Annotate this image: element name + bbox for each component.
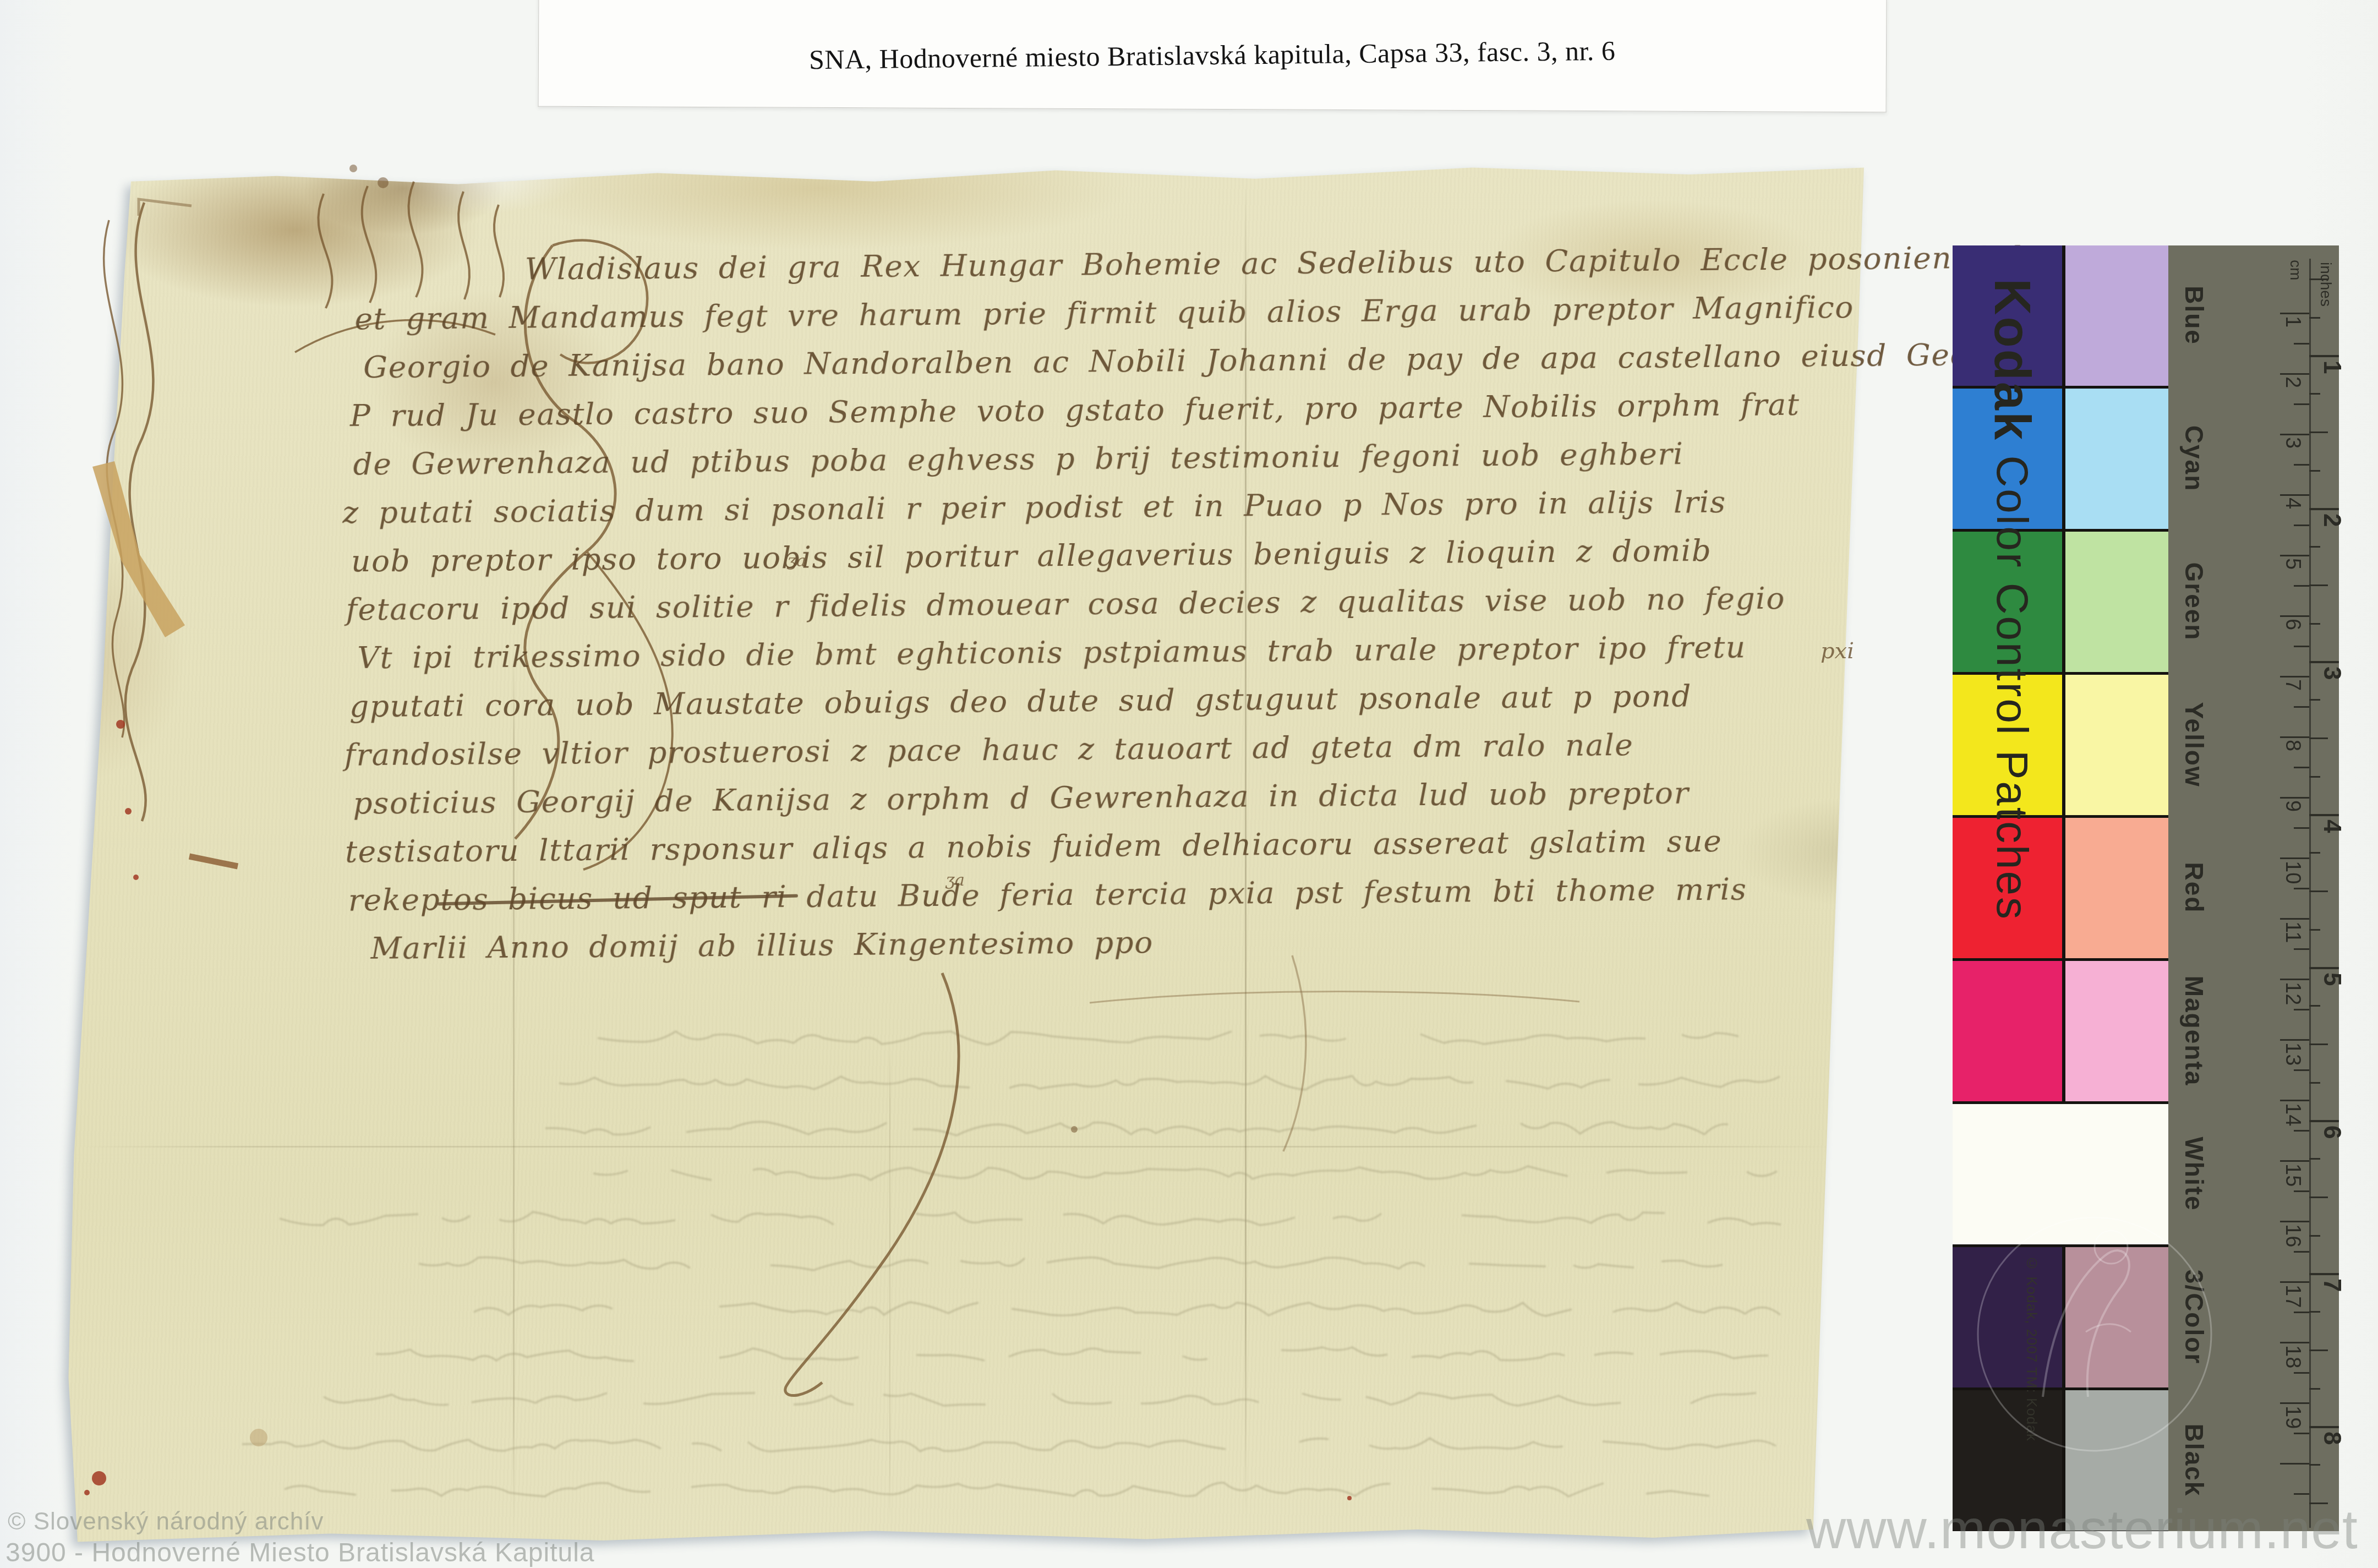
ruler-tick [2280,1100,2309,1101]
ruler-tick [2309,699,2320,701]
ruler-number: 1 [2318,360,2346,374]
ruler-number: 1 [2281,316,2304,327]
ruler-tick [2309,1464,2320,1466]
ruler-tick [2309,317,2320,319]
ruler-tick [2309,431,2328,433]
color-patch-white [1953,1104,2168,1244]
ruler-number: 4 [2281,498,2304,509]
ruler-tick [2294,1069,2309,1071]
color-patch-red [2065,818,2168,958]
ruler-tick [2294,525,2309,526]
ruler-number: 14 [2281,1103,2304,1126]
color-row-label: Green [2179,562,2209,641]
ruler-tick [2309,737,2328,739]
archive-copyright: © Slovenský národný archív [8,1508,324,1536]
ruler-tick [2294,1009,2309,1010]
ruler-tick [2294,1372,2309,1374]
ruler-tick [2280,1039,2309,1041]
ruler-tick [2309,661,2339,663]
ruler-tick [2294,585,2309,587]
ruler-tick [2280,1342,2309,1343]
ruler-tick [2309,814,2339,816]
ruler-number: 5 [2281,558,2304,570]
color-row-label: Cyan [2179,425,2209,491]
ruler-tick [2309,278,2328,280]
ruler-number: 16 [2281,1224,2304,1247]
color-patch-3-color [2065,1247,2168,1387]
ruler-tick [2294,1493,2309,1495]
color-row-label: White [2179,1137,2209,1211]
ruler-number: 12 [2281,982,2304,1005]
ruler-tick [2294,646,2309,647]
ruler-tick [2309,355,2339,357]
marginal-note: pxi [1821,638,1854,664]
manuscript-line: Marlii Anno domij ab illius Kingentesimo… [370,925,1154,966]
ruler-inches-label: inches [2317,262,2335,307]
ruler-number: 2 [2281,376,2304,388]
ruler-tick [2280,1281,2309,1283]
ruler-tick [2309,546,2320,548]
ruler-tick [2309,470,2320,472]
ruler-number: 6 [2318,1126,2346,1139]
vertical-fold-crease [889,1041,890,1526]
ruler-tick [2294,706,2309,708]
ruler-tick [2294,1312,2309,1313]
ruler-tick [2280,918,2309,920]
kodak-copyright: © Kodak, 2007 TM: Kodak [2023,1255,2040,1441]
ruler-number: 19 [2281,1406,2304,1429]
site-watermark: www.monasterium.net [1806,1498,2358,1561]
ruler-tick [2309,508,2339,510]
ruler-number: 18 [2281,1345,2304,1368]
ruler-number: 15 [2281,1163,2304,1187]
color-row-label: Magenta [2179,976,2209,1086]
ruler-tick [2309,1350,2328,1351]
ruler-tick [2280,494,2309,496]
ruler-number: 7 [2318,1279,2346,1292]
ruler-tick [2309,967,2339,969]
ruler-number: 8 [2318,1432,2346,1445]
scan-background: { "header_label": { "text": "SNA, Hodnov… [0,0,2378,1568]
ruler-tick [2280,615,2309,617]
ruler-tick [2309,776,2320,778]
ruler-tick [2294,767,2309,768]
color-patch-yellow [2065,675,2168,815]
ruler-number: 6 [2281,619,2304,630]
ruler-tick [2280,1463,2309,1465]
ruler-tick [2309,1311,2320,1313]
ruler-tick [2309,1082,2320,1084]
ruler-tick [2309,1388,2320,1390]
ruler-tick [2294,1130,2309,1132]
ruler-number: 7 [2281,679,2304,691]
horizontal-fold-crease [81,1146,1832,1148]
color-row-label: Red [2179,862,2209,914]
kodak-color-control-bar: BlueCyanGreenYellowRedMagentaWhite3/Colo… [1953,245,2339,1531]
ruler-tick [2280,373,2309,375]
ruler-number: 4 [2318,819,2346,833]
color-row-label: 3/Color [2179,1270,2209,1364]
ruler-number: 2 [2318,513,2346,527]
color-patch-3-color [1953,1247,2062,1387]
ruler-tick [2280,1160,2309,1162]
ruler-tick [2294,464,2309,466]
interlinear-insertion: ʒa [787,551,806,571]
ruler-baseline [2309,259,2311,1528]
ruler-number: 11 [2281,921,2304,943]
archive-label-text: SNA, Hodnoverné miesto Bratislavská kapi… [809,35,1616,76]
ruler-tick [2294,948,2309,950]
ruler-tick [2309,1158,2320,1160]
color-row-label: Blue [2179,286,2209,345]
ruler-tick [2280,1221,2309,1222]
ruler-tick [2280,555,2309,556]
ruler-tick [2280,313,2309,314]
ruler-tick [2294,1251,2309,1253]
color-row-label: Black [2179,1424,2209,1497]
ruler-tick [2294,403,2309,405]
ruler-tick [2309,890,2328,892]
ruler-tick [2309,1273,2339,1275]
color-patch-green [2065,532,2168,672]
ruler-number: 9 [2281,800,2304,812]
ruler-tick [2280,434,2309,435]
ruler-tick [2280,676,2309,678]
ruler-tick [2280,797,2309,799]
ruler-number: 10 [2281,861,2304,884]
color-row-label: Yellow [2179,702,2209,787]
ruler-number: 5 [2318,973,2346,986]
ruler-tick [2309,623,2320,625]
ruler-tick [2280,979,2309,980]
ruler-tick [2309,1197,2328,1198]
fond-title: 3900 - Hodnoverné Miesto Bratislavská Ka… [6,1538,595,1568]
ruler-tick [2294,888,2309,889]
ruler-tick [2309,929,2320,931]
ruler-tick [2294,827,2309,829]
color-patch-magenta [1953,961,2062,1101]
ruler-tick [2309,584,2328,586]
kodak-brand: Kodak [1984,278,2040,441]
kodak-title: Kodak Color Control Patches [1987,278,2037,921]
vertical-fold-crease [513,651,515,1531]
archive-label-strip: SNA, Hodnoverné miesto Bratislavská kapi… [538,0,1887,112]
ruler-tick [2294,1433,2309,1434]
ruler-tick [2309,393,2320,395]
color-patch-magenta [2065,961,2168,1101]
ruler-tick [2309,1120,2339,1122]
ruler-number: 3 [2318,666,2346,680]
ruler-tick [2309,1005,2320,1007]
ruler-tick [2280,857,2309,859]
ruler-number: 13 [2281,1042,2304,1066]
ruler-tick [2280,736,2309,738]
ruler-tick [2309,1426,2339,1428]
color-patch-blue [2065,245,2168,386]
interlinear-insertion: ʒa [945,871,965,890]
ruler-number: 3 [2281,437,2304,449]
ruler-cm-label: cm [2287,260,2304,280]
ruler-tick [2309,852,2320,854]
ruler-tick [2309,1043,2328,1045]
ruler-tick [2294,1190,2309,1192]
ruler-number: 17 [2281,1285,2304,1308]
ruler-tick [2294,343,2309,345]
color-patch-cyan [2065,389,2168,529]
ruler-tick [2280,1402,2309,1404]
ruler-tick [2309,1235,2320,1237]
ruler-number: 8 [2281,740,2304,751]
